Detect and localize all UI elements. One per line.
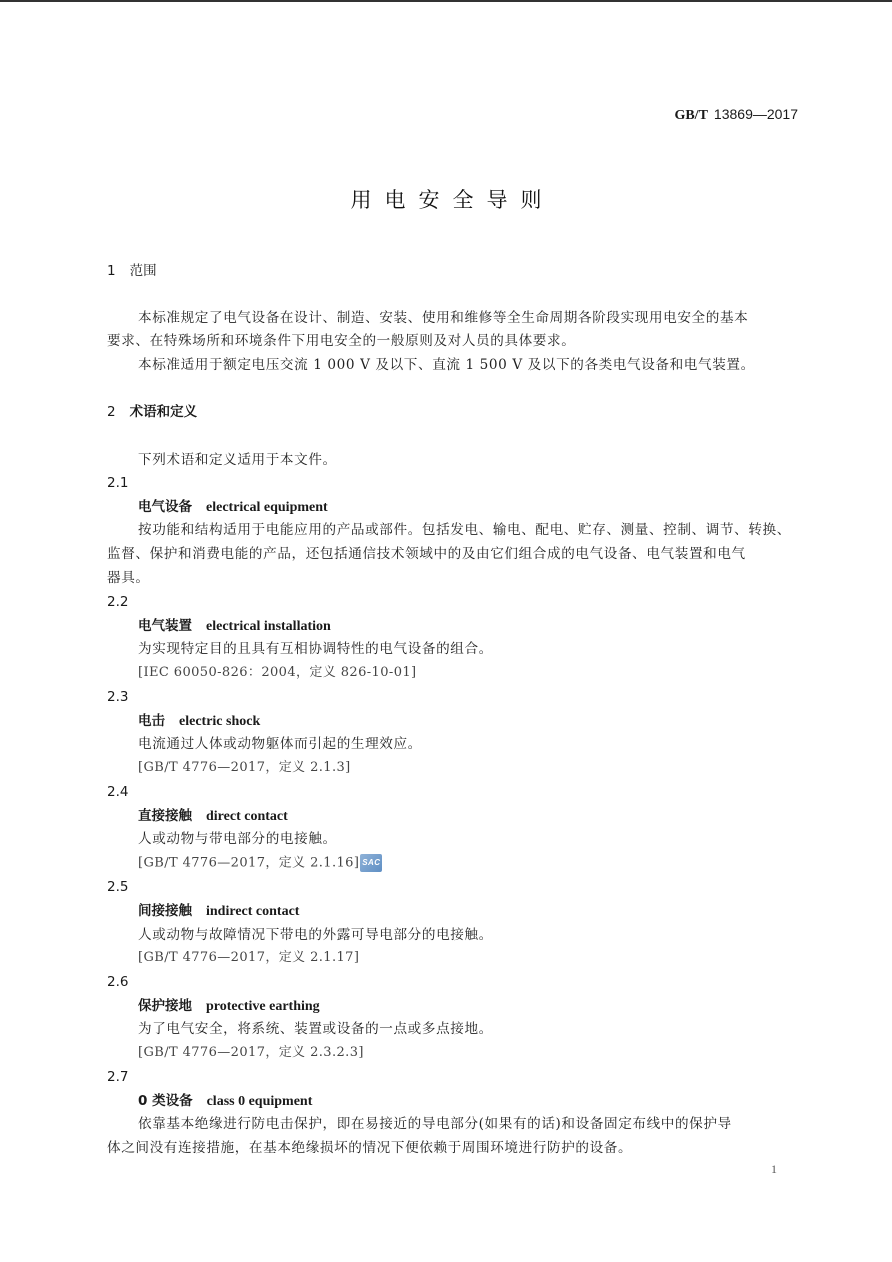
document-title: 用电安全导则: [0, 184, 892, 214]
term-en: electrical installation: [206, 619, 331, 634]
term-zh: 0 类设备: [138, 1093, 193, 1109]
term-heading: 间接接触indirect contact: [138, 902, 299, 921]
term-definition-line: 人或动物与带电部分的电接触。: [138, 830, 337, 848]
term-definition-line: 按功能和结构适用于电能应用的产品或部件。包括发电、输电、配电、贮存、测量、控制、…: [138, 521, 791, 539]
term-en: electric shock: [179, 714, 260, 729]
term-number: 2.1: [107, 474, 128, 492]
term-source: [GB/T 4776—2017，定义 2.1.17]: [138, 949, 359, 967]
term-zh: 直接接触: [138, 808, 192, 824]
term-zh: 保护接地: [138, 998, 192, 1014]
term-zh: 电击: [138, 713, 165, 729]
term-zh: 间接接触: [138, 903, 192, 919]
scope-paragraph-2: 本标准适用于额定电压交流 1 000 V 及以下、直流 1 500 V 及以下的…: [138, 356, 755, 374]
term-number: 2.4: [107, 783, 128, 801]
term-definition-line: 器具。: [107, 569, 150, 587]
terms-intro: 下列术语和定义适用于本文件。: [138, 451, 337, 469]
standard-code: 13869—2017: [714, 106, 798, 122]
term-source: [GB/T 4776—2017，定义 2.3.2.3]: [138, 1044, 364, 1062]
term-source: [GB/T 4776—2017，定义 2.1.16]: [138, 856, 359, 871]
term-source: [GB/T 4776—2017，定义 2.1.3]: [138, 759, 351, 777]
page-number: 1: [771, 1162, 777, 1177]
term-source: [IEC 60050-826：2004，定义 826-10-01]: [138, 664, 417, 682]
standard-number: GB/T13869—2017: [674, 106, 798, 124]
scope-paragraph-1-line-1: 本标准规定了电气设备在设计、制造、安装、使用和维修等全生命周期各阶段实现用电安全…: [138, 309, 748, 327]
term-number: 2.3: [107, 688, 128, 706]
term-source-with-watermark: [GB/T 4776—2017，定义 2.1.16]SAC: [138, 854, 382, 873]
term-definition-line: 监督、保护和消费电能的产品，还包括通信技术领域中的及由它们组合成的电气设备、电气…: [107, 545, 746, 563]
term-en: direct contact: [206, 809, 288, 824]
term-heading: 电击electric shock: [138, 712, 260, 731]
term-number: 2.6: [107, 973, 128, 991]
term-en: electrical equipment: [206, 500, 328, 515]
term-en: class 0 equipment: [207, 1094, 313, 1109]
term-definition-line: 为实现特定目的且具有互相协调特性的电气设备的组合。: [138, 640, 493, 658]
term-number: 2.7: [107, 1068, 128, 1086]
section-number: 1: [107, 263, 116, 279]
term-heading: 0 类设备class 0 equipment: [138, 1092, 312, 1111]
section-title: 范围: [130, 263, 157, 279]
term-number: 2.2: [107, 593, 128, 611]
section-heading-scope: 1范围: [107, 262, 157, 280]
term-heading: 直接接触direct contact: [138, 807, 288, 826]
term-definition-line: 电流通过人体或动物躯体而引起的生理效应。: [138, 735, 422, 753]
scope-paragraph-1-line-2: 要求、在特殊场所和环境条件下用电安全的一般原则及对人员的具体要求。: [107, 332, 575, 350]
term-heading: 电气装置electrical installation: [138, 617, 331, 636]
term-zh: 电气装置: [138, 618, 192, 634]
term-heading: 电气设备electrical equipment: [138, 498, 328, 517]
term-zh: 电气设备: [138, 499, 192, 515]
section-number: 2: [107, 404, 116, 420]
term-definition-line: 体之间没有连接措施，在基本绝缘损坏的情况下便依赖于周围环境进行防护的设备。: [107, 1139, 632, 1157]
term-definition-line: 人或动物与故障情况下带电的外露可导电部分的电接触。: [138, 926, 493, 944]
section-title: 术语和定义: [130, 404, 198, 420]
term-heading: 保护接地protective earthing: [138, 997, 320, 1016]
top-border-rule: [0, 0, 892, 2]
term-definition-line: 依靠基本绝缘进行防电击保护，即在易接近的导电部分(如果有的话)和设备固定布线中的…: [138, 1115, 732, 1133]
term-en: protective earthing: [206, 999, 320, 1014]
standard-prefix: GB/T: [674, 108, 707, 123]
term-en: indirect contact: [206, 904, 299, 919]
sac-logo-icon: SAC: [360, 854, 382, 872]
term-number: 2.5: [107, 878, 128, 896]
term-definition-line: 为了电气安全，将系统、装置或设备的一点或多点接地。: [138, 1020, 493, 1038]
section-heading-terms: 2术语和定义: [107, 403, 197, 421]
